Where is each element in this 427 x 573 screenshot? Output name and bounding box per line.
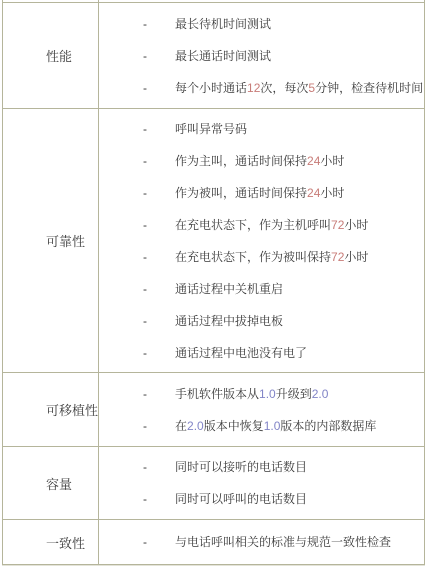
list-item-text: 呼叫异常号码 [175, 121, 247, 137]
list-item: -作为主叫，通话时间保持24小时 [99, 153, 424, 169]
list-item-text: 在充电状态下，作为被叫保持72小时 [175, 249, 368, 265]
bullet-dash: - [143, 386, 149, 402]
category-label: 可靠性 [3, 109, 99, 372]
list-item-text: 每个小时通话12次，每次5分钟，检查待机时间 [175, 80, 423, 96]
table-row: 可移植性-手机软件版本从1.0升级到2.0-在2.0版本中恢复1.0版本的内部数… [3, 373, 424, 447]
list-item-text: 在充电状态下，作为主机呼叫72小时 [175, 217, 368, 233]
list-item: -同时可以呼叫的电话数目 [99, 491, 424, 507]
bullet-dash: - [143, 281, 149, 297]
items-cell: -呼叫异常号码-作为主叫，通话时间保持24小时-作为被叫，通话时间保持24小时-… [99, 109, 424, 372]
bullet-dash: - [143, 48, 149, 64]
category-cell [3, 0, 99, 2]
category-label: 一致性 [3, 520, 99, 564]
table-row: 可靠性-呼叫异常号码-作为主叫，通话时间保持24小时-作为被叫，通话时间保持24… [3, 109, 424, 373]
list-item-text: 作为被叫，通话时间保持24小时 [175, 185, 344, 201]
list-item: -通话过程中拔掉电板 [99, 313, 424, 329]
numeric-value: 24 [307, 186, 320, 200]
list-item-text: 作为主叫，通话时间保持24小时 [175, 153, 344, 169]
version-number: 2.0 [312, 387, 329, 401]
version-number: 1.0 [259, 387, 276, 401]
bullet-dash: - [143, 491, 149, 507]
list-item: -在充电状态下，作为主机呼叫72小时 [99, 217, 424, 233]
numeric-value: 12 [247, 81, 260, 95]
list-item: -在2.0版本中恢复1.0版本的内部数据库 [99, 418, 424, 434]
list-item: -在充电状态下，作为被叫保持72小时 [99, 249, 424, 265]
bullet-dash: - [143, 345, 149, 361]
list-item-text: 最长待机时间测试 [175, 16, 271, 32]
bullet-dash: - [143, 121, 149, 137]
category-label: 容量 [3, 447, 99, 519]
bullet-dash: - [143, 185, 149, 201]
bullet-dash: - [143, 153, 149, 169]
numeric-value: 72 [331, 250, 344, 264]
list-item: -与电话呼叫相关的标准与规范一致性检查 [99, 534, 424, 550]
bullet-dash: - [143, 16, 149, 32]
items-cell [99, 0, 424, 2]
version-number: 1.0 [264, 419, 281, 433]
numeric-value: 24 [307, 154, 320, 168]
list-item-text: 通话过程中关机重启 [175, 281, 283, 297]
list-item-text: 在2.0版本中恢复1.0版本的内部数据库 [175, 418, 376, 434]
list-item-text: 同时可以接听的电话数目 [175, 459, 307, 475]
list-item: -作为被叫，通话时间保持24小时 [99, 185, 424, 201]
list-item-text: 与电话呼叫相关的标准与规范一致性检查 [175, 534, 391, 550]
list-item: -手机软件版本从1.0升级到2.0 [99, 386, 424, 402]
bullet-dash: - [143, 313, 149, 329]
criteria-table: 性能-最长待机时间测试-最长通话时间测试-每个小时通话12次，每次5分钟，检查待… [2, 0, 425, 565]
bullet-dash: - [143, 459, 149, 475]
list-item: -最长待机时间测试 [99, 16, 424, 32]
list-item: -通话过程中关机重启 [99, 281, 424, 297]
numeric-value: 72 [331, 218, 344, 232]
items-cell: -同时可以接听的电话数目-同时可以呼叫的电话数目 [99, 447, 424, 519]
list-item-text: 最长通话时间测试 [175, 48, 271, 64]
list-item-text: 通话过程中电池没有电了 [175, 345, 307, 361]
bullet-dash: - [143, 534, 149, 550]
bullet-dash: - [143, 418, 149, 434]
list-item: -同时可以接听的电话数目 [99, 459, 424, 475]
table-row: 性能-最长待机时间测试-最长通话时间测试-每个小时通话12次，每次5分钟，检查待… [3, 3, 424, 109]
table-row: 容量-同时可以接听的电话数目-同时可以呼叫的电话数目 [3, 447, 424, 520]
bullet-dash: - [143, 249, 149, 265]
numeric-value: 5 [308, 81, 315, 95]
list-item-text: 同时可以呼叫的电话数目 [175, 491, 307, 507]
bullet-dash: - [143, 80, 149, 96]
items-cell: -与电话呼叫相关的标准与规范一致性检查 [99, 520, 424, 564]
list-item: -最长通话时间测试 [99, 48, 424, 64]
items-cell: -手机软件版本从1.0升级到2.0-在2.0版本中恢复1.0版本的内部数据库 [99, 373, 424, 446]
table-row: 一致性-与电话呼叫相关的标准与规范一致性检查 [3, 520, 424, 565]
list-item-text: 手机软件版本从1.0升级到2.0 [175, 386, 328, 402]
category-label: 性能 [3, 3, 99, 108]
list-item: -每个小时通话12次，每次5分钟，检查待机时间 [99, 80, 424, 96]
version-number: 2.0 [187, 419, 204, 433]
bullet-dash: - [143, 217, 149, 233]
list-item-text: 通话过程中拔掉电板 [175, 313, 283, 329]
list-item: -呼叫异常号码 [99, 121, 424, 137]
list-item: -通话过程中电池没有电了 [99, 345, 424, 361]
category-label: 可移植性 [3, 373, 99, 446]
items-cell: -最长待机时间测试-最长通话时间测试-每个小时通话12次，每次5分钟，检查待机时… [99, 3, 424, 108]
